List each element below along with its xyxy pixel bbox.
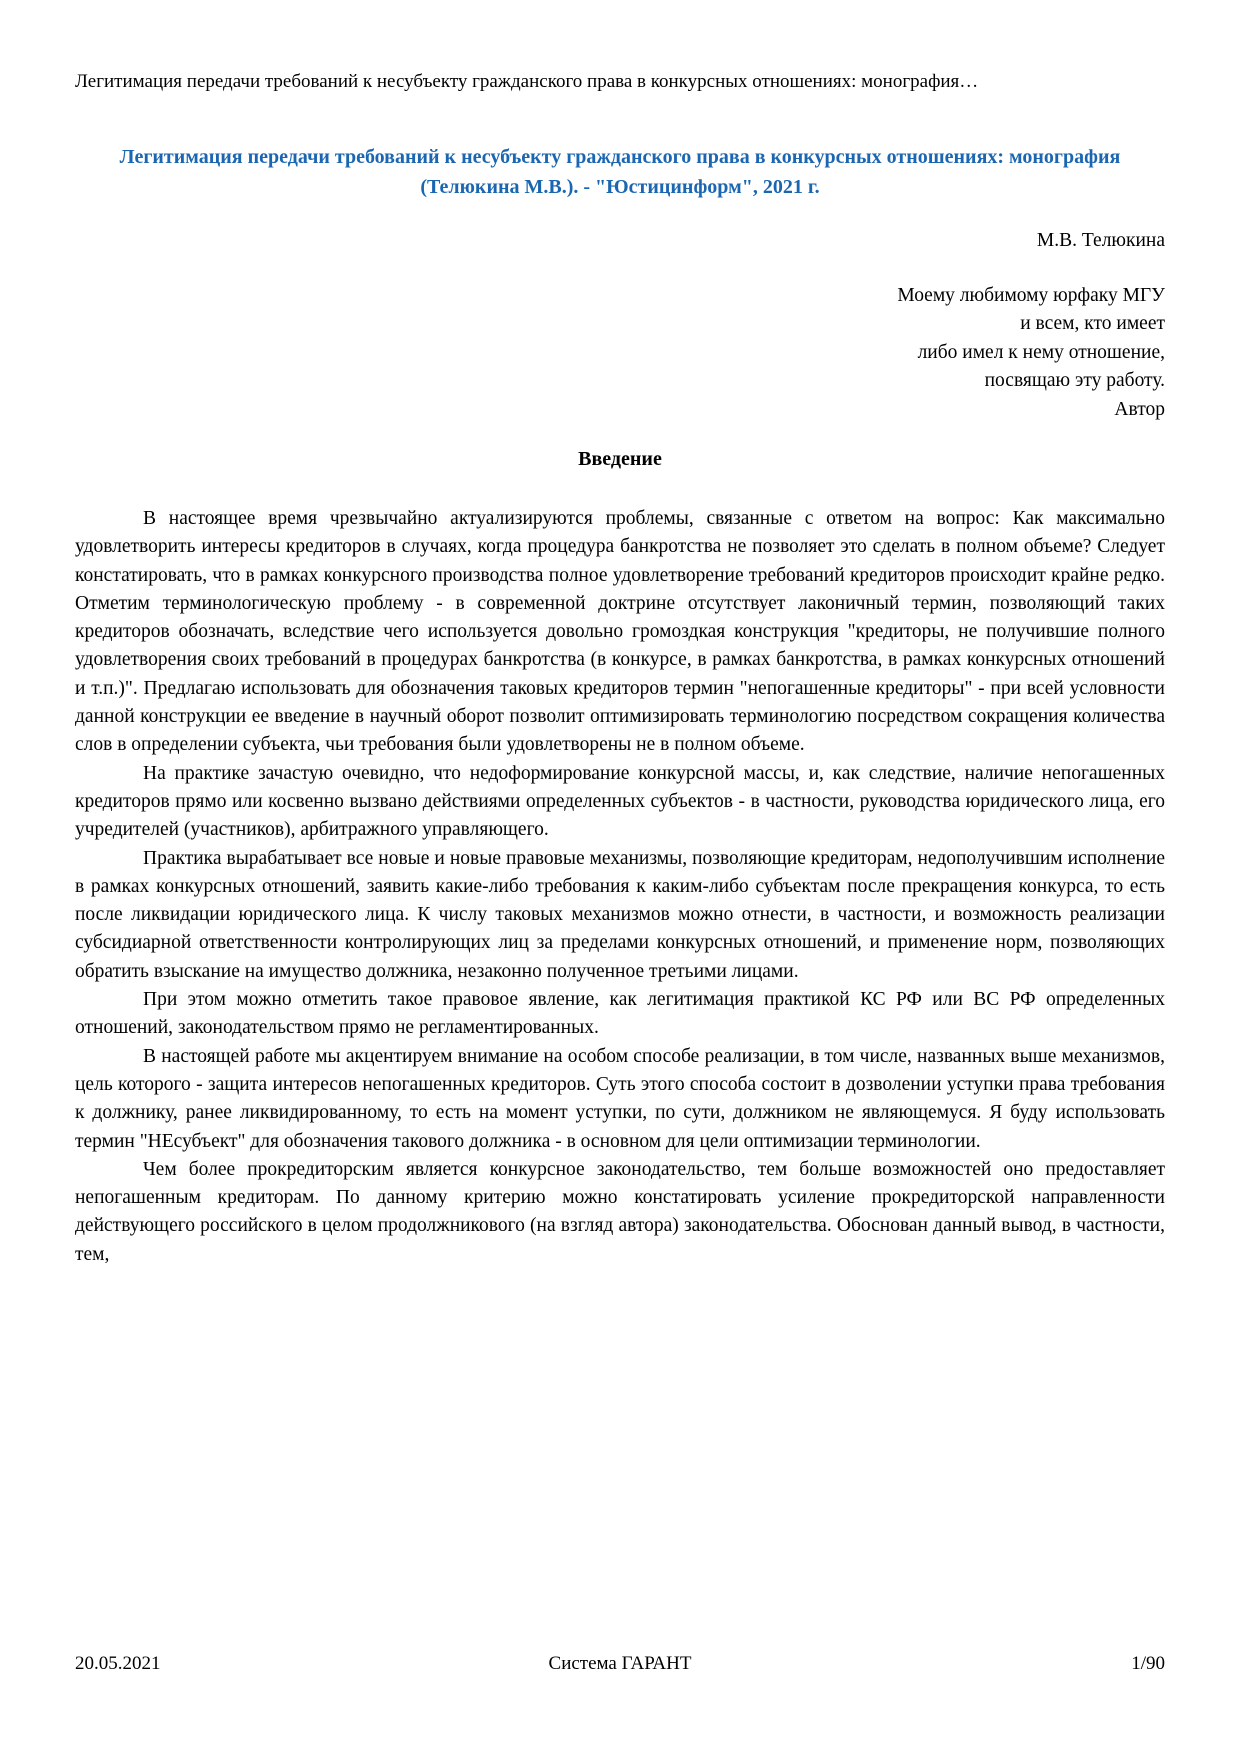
paragraph-4: При этом можно отметить такое правовое я… — [75, 986, 1165, 1043]
footer-page-number: 1/90 — [691, 1652, 1165, 1676]
section-heading: Введение — [75, 446, 1165, 472]
dedication-signature: Автор — [75, 396, 1165, 424]
author-name: М.В. Телюкина — [75, 228, 1165, 254]
paragraph-2: На практике зачастую очевидно, что недоф… — [75, 760, 1165, 845]
running-header: Легитимация передачи требований к несубъ… — [75, 70, 1165, 94]
dedication-block: Моему любимому юрфаку МГУ и всем, кто им… — [75, 282, 1165, 424]
document-title: Легитимация передачи требований к несубъ… — [75, 142, 1165, 202]
dedication-line-1: Моему любимому юрфаку МГУ — [75, 282, 1165, 310]
dedication-line-2: и всем, кто имеет — [75, 310, 1165, 338]
dedication-line-4: посвящаю эту работу. — [75, 367, 1165, 395]
document-body: В настоящее время чрезвычайно актуализир… — [75, 505, 1165, 1269]
document-page: Легитимация передачи требований к несубъ… — [0, 0, 1240, 1751]
dedication-line-3: либо имел к нему отношение, — [75, 339, 1165, 367]
footer-date: 20.05.2021 — [75, 1652, 549, 1676]
paragraph-3: Практика вырабатывает все новые и новые … — [75, 845, 1165, 986]
page-footer: 20.05.2021 Система ГАРАНТ 1/90 — [75, 1652, 1165, 1676]
paragraph-5: В настоящей работе мы акцентируем вниман… — [75, 1043, 1165, 1156]
paragraph-6: Чем более прокредиторским является конку… — [75, 1156, 1165, 1269]
paragraph-1: В настоящее время чрезвычайно актуализир… — [75, 505, 1165, 760]
footer-system-name: Система ГАРАНТ — [549, 1652, 692, 1676]
